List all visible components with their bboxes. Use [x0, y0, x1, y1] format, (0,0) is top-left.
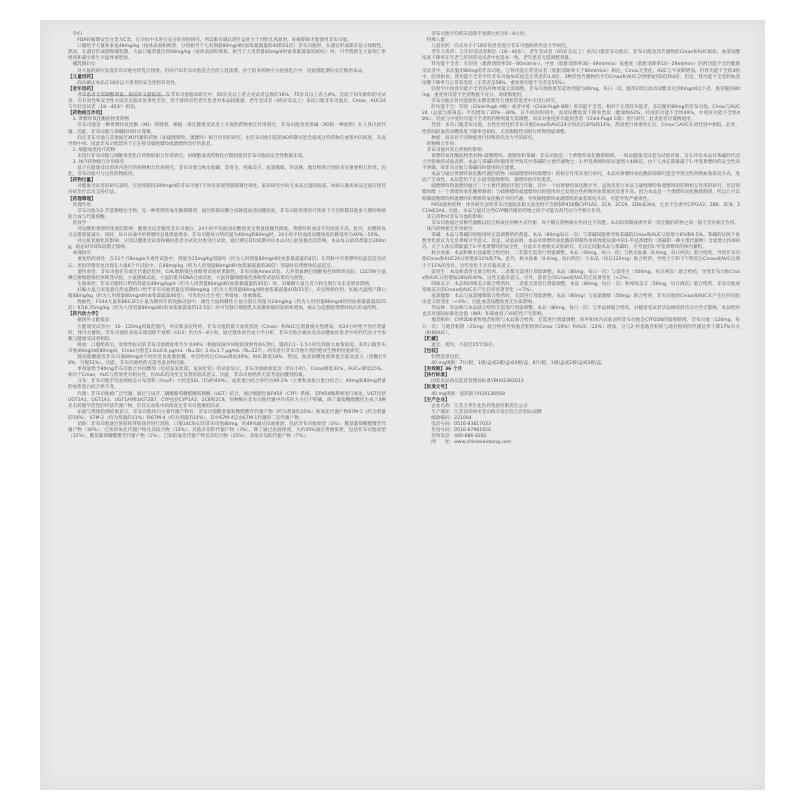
paragraph: 对心脏复极化的影响：分别以健康受试者和痛风患者为试验对象进行试验，通过测定QTc… — [68, 239, 386, 251]
paragraph: P450底物药物：体外研究表明非布司他临床相关浓度时不会抑制P450酶CYP1A… — [422, 203, 740, 215]
paragraph: 尚无非布司他与其他通过XO代谢的药物（如硫唑嘌呤、巯嘌呤）相互作用的研究。由非布… — [68, 136, 386, 148]
left-column: 孕妇FDA妊娠期安全分类为C类。在孕妇中未进行充分的对照研究，所以唯有确认潜在益… — [68, 32, 386, 440]
paragraph: 华法林：华法林与本品联合给药无需进行剂量调整。本品（80mg，每日一次）与华法林… — [422, 306, 740, 318]
paragraph: 萘普生：本品和萘普生联合给药，二者都无需进行剂量调整。本品（80mg，每日一次）… — [422, 270, 740, 282]
paragraph: 氢氯噻嗪：本品与氢氯噻嗪联合给药时，无需进行剂量调整。本品（80mg）与氢氯噻嗪… — [422, 294, 740, 306]
paragraph: 茶碱：本品与茶碱同时服用时无需调整给药剂量。本品（80mg每日一次）与茶碱同服将… — [422, 233, 740, 251]
paragraph: 口服给予大鼠和家兔48mg/kg（按体表面积换算，分别相当于人用剂量80mg/d… — [68, 44, 386, 62]
paragraph: 轻度至中度肾功能不全者的药物剂量无需调整。非布司他的推荐起始剂量为40mg，每日… — [422, 87, 740, 99]
paragraph: 随高脂餐服用非布司他80mg/d不同时进食高脂肪餐，单次给药后Cmax降低49%… — [68, 355, 386, 367]
paragraph: 吸收：口服给药后，放射性标记的非布司他吸收率至少为49%（根据尿液中回收的放射性… — [68, 343, 386, 355]
paragraph: 基于在健康受试者体内进行的药物相互作用研究，非布司他与秋水仙碱、萘普生、吲哚美辛… — [68, 166, 386, 178]
paragraph: 单剂量给予80mg非布司他合并抗酸剂（包括氢氧化镁、氢氧化铝）的试验显示，非布司… — [68, 367, 386, 379]
paragraph: 消除：非布司他通过肝脏和肾脏途径进行消除。口服14C标记的非布司他80mg，约4… — [68, 422, 386, 440]
paragraph: 网 址：www.chinawanbang.com — [422, 440, 740, 446]
paragraph: 本品与通过黄嘌呤氧化酶代谢的药物（如硫唑嘌呤和巯嘌呤）的相互作用未进行研究。本品… — [422, 172, 740, 184]
paragraph: 在健康受试者中，10－120mg剂量范围内，单次和多次给药，非布司他的最大血浆浓… — [68, 325, 386, 343]
paragraph: 妊娠大鼠与家兔器官形成期经口给予非布司他剂量达到48mg/kg（约为人用剂量80… — [68, 288, 386, 300]
right-column: 非布司他平均终末消除半衰期大约为5－8小时。特殊人群儿童用药：尚未对小于18岁的… — [422, 32, 740, 446]
scanned-leaflet-page: 孕妇FDA妊娠期安全分类为C类。在孕妇中未进行充分的对照研究，所以唯有确认潜在益… — [40, 20, 765, 790]
paragraph: 地昔帕明：CYP2D6底物地昔帕明与本品联合给药，无需进行剂量调整。体外和体内试… — [422, 318, 740, 336]
paragraph: 老年患者无需调整剂量。据国外文献报道，在非布司他临床研究中，65岁及以上者占受试… — [68, 93, 386, 111]
paragraph: 吲哚美辛：本品和吲哚美辛联合给药时，二者都无需进行剂量调整。本品（80mg，每日… — [422, 282, 740, 294]
paragraph: 肾功能不全者：在轻度（肌酐清除率50－80ml/min）、中度（肌酐清除率30－… — [422, 62, 740, 86]
paragraph: 肝功能不全：轻度（Child-Pugh A级）或者中度（Child-Pugh B… — [422, 105, 740, 123]
paragraph: 秋水仙素：本品和秋水仙素联合给药时，二者都无需进行剂量调整。本品（40mg，每日… — [422, 251, 740, 269]
paragraph: 对尿酸和黄嘌呤浓度的影响：健康受试者服用非布司他后，24小时平均血清尿酸浓度呈剂… — [68, 227, 386, 239]
paragraph: 性别：多次口服非布司他，女性比男性的非布司他Cmax和AUC24分别高出30%和… — [422, 123, 740, 135]
paragraph: 重复给药毒性：在12个月Beagle犬毒性试验中，剂量为15mg/kg剂量时（约… — [68, 257, 386, 269]
paragraph: 遗传毒性：非布司他在有或无代谢活化时，CHL细胞染色体畸变试验结果阳性。非布司他… — [68, 270, 386, 282]
paragraph: 致癌性：F344大鼠和B6C3F1小鼠为期两年的致癌试验中，雄性大鼠和雌性小鼠分… — [68, 300, 386, 312]
paragraph: 老年人用药：与年轻受试者相比（18－40岁），老年受试者（65岁及以上）多次口服… — [422, 50, 740, 62]
paragraph: 非布司他为2-芳基噻唑衍生物，是一种黄嘌呤氧化酶抑制剂，通过抑制尿酸合成降低血清… — [68, 209, 386, 221]
paragraph: 对健康受试者的研究表明，在连续服用300mg/d的非布司他7天时未发现剂量限制性… — [68, 184, 386, 196]
paragraph: 代谢：非布司他被广泛代谢，通过与尿苷二磷酸葡萄糖醛酸转移酶（UGT）结合，通过细… — [68, 392, 386, 410]
paragraph: 硫唑嘌呤和巯嘌呤通过三个主要代谢途径进行代谢，其中一个由黄嘌呤氧化酶介导。虽然未… — [422, 184, 740, 202]
paragraph: 尿液与粪便检测结果显示，非布司他体内主要代谢产物有：非布司他酰基葡萄糖醛酸苷代谢… — [68, 410, 386, 422]
paragraph: 非布司他是一种黄嘌呤氧化酶（XO）抑制剂。根据一项在健康受试者上开展的药物相互作… — [68, 123, 386, 135]
paragraph: 黄嘌呤氧化酶底物类药物-硫唑嘌呤、巯嘌呤和茶碱：非布司他是一个黄嘌呤氧化酶抑制剂… — [422, 154, 740, 172]
paragraph: 对大鼠的研究发现非布司他可经乳汁排泄。但尚不知非布司他是否会经人乳排泄。由于很多… — [68, 69, 386, 75]
paragraph: 分布：非布司他平均表观稳态分布容积（Vss/F）大约是50L（CV约40%）。血… — [68, 379, 386, 391]
